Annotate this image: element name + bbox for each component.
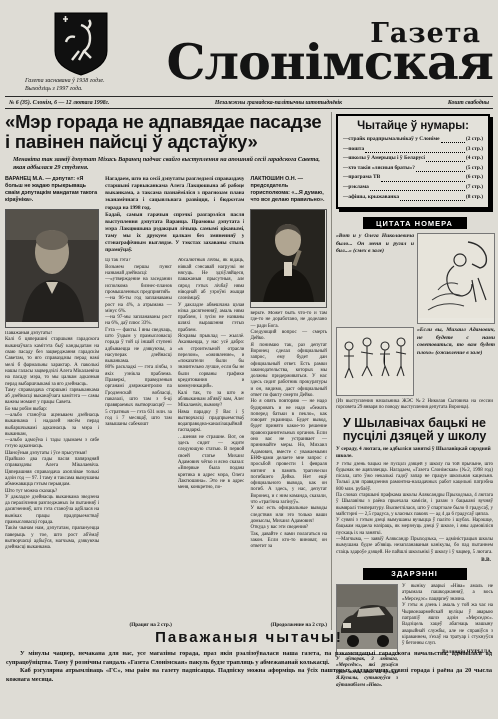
notice-paragraph: Каб рэгулярна атрымліваць «ГС», мы раім … [6,667,492,684]
laktyushin-text: верьте. Может быть что-то и там где-то н… [250,311,327,620]
varanets-intro: ВАРАНЕЦ М.А. — дэпутат: «Я больш не жада… [5,176,99,204]
varanets-column: ВАРАНЕЦ М.А. — дэпутат: «Я больш не жада… [5,176,99,628]
lead-deck: Менавіта так заявіў дэпутат Міхась Варан… [13,156,325,172]
content-area: «Мэр горада не адпавядае пасадзе і павін… [5,109,493,630]
notice-paragraph: У мінулы чацвер, нечакана для нас, усе м… [6,650,492,667]
contents-item-page: (2 стр.) [466,135,483,145]
issue-info: № 6 (35). Слонім, 6 — 12 лютага 1998г. [9,100,109,106]
contents-item-page: (5 стр.) [466,164,483,174]
contents-item: —хто такія «лясныя браты»? (5 стр.) [343,164,483,174]
dotted-leader [441,142,465,143]
dotted-leader [426,161,465,162]
dotted-leader [381,181,465,182]
contents-item-label: —праграма ТВ [343,173,380,183]
quote-section: «Вот и у Олега Николаевича было... Он ме… [336,233,493,396]
school-body: У гэты дзень бацькі не пусцілі дзяцей у … [336,462,493,556]
sidebar: Чытайце ў нумары: —страйк прадпрымальнік… [331,112,493,630]
quote-caption: (Из выступления начальника ЖЭС №2 Никола… [336,399,493,411]
founded-note: Газета заснавана ў 1938 годзе. Выходзіць… [25,78,105,93]
continuation-marker: (Продолжение на 2 стр.) [250,622,327,628]
coat-of-arms-icon [53,11,109,77]
lead-headline: «Мэр горада не адпавядае пасадзе і павін… [5,112,327,152]
contents-item-label: —рэклама [343,183,369,193]
lead-article: «Мэр горада не адпавядае пасадзе і павін… [5,112,331,630]
dotted-leader [416,171,465,172]
price-label: Кошт свабодны [448,100,489,106]
contents-item-label: —афішы, крыжаванка [343,193,399,203]
continuation-marker: (Працяг на 2 стр.) [105,622,172,628]
middle-column-a-text: Ці так гэта? Возьмем першы пункт названа… [105,258,172,620]
dateline: № 6 (35). Слонім, 6 — 12 лютага 1998г. Н… [5,96,493,109]
quote-left: «Вот и у Олега Николаевича было... Он ме… [336,233,414,324]
school-lead: У сераду, 4 лютага, не адбыліся заняткі … [336,446,493,460]
middle-column-pair: Ці так гэта? Возьмем першы пункт названа… [105,258,244,628]
laktyushin-intro: ЛАКТЮШИН О.Н. — председатель горисполком… [250,176,327,204]
readers-notice: Паважаныя чытачы! У мінулы чацвер, нечак… [6,629,492,711]
laktyushin-photo [250,209,327,308]
contents-item-label: —пошта [343,145,364,155]
contents-item-page: (7 стр.) [466,183,483,193]
dotted-leader [365,152,465,153]
incidents-bar: ЗДАРЭННІ [363,568,467,580]
contents-item: —рэклама (7 стр.) [343,183,483,193]
varanets-photo [5,209,99,328]
middle-column-b: Абсалютныя лічбы, як відаць, ніякай сэнс… [178,258,245,628]
quote-section-bar: ЦИТАТА НОМЕРА [363,217,467,229]
middle-column-a: Ці так гэта? Возьмем першы пункт названа… [105,258,172,628]
cartoon-spanking [417,233,495,324]
lead-columns: ВАРАНЕЦ М.А. — дэпутат: «Я больш не жада… [5,176,327,628]
middle-column-b-text: Абсалютныя лічбы, як відаць, ніякай сэнс… [178,258,245,628]
contents-item-page: (6 стр.) [466,173,483,183]
tagline: Незалежны грамадска-палітычны штотыднёві… [215,100,342,106]
school-headline: У Шылавічах бацькі не пусцілі дзяцей у ш… [336,417,493,443]
contents-item: —праграма ТВ (6 стр.) [343,173,483,183]
contents-item: —школы ў Амерыцы і ў Беларусі (4 стр.) [343,154,483,164]
dotted-leader [400,200,465,201]
contents-item-page: (4 стр.) [466,154,483,164]
dotted-leader [370,190,465,191]
contents-box: Чытайце ў нумары: —страйк прадпрымальнік… [336,114,490,209]
contents-title: Чытайце ў нумары: [343,120,483,132]
masthead: Газета заснавана ў 1938 годзе. Выходзіць… [5,2,493,96]
masthead-title: Слонімская [167,38,493,87]
quote-right: «Если вы, Михаил Адамович, не будете с н… [417,327,495,396]
varanets-text: Паважаныя дэпутаты! Калі б цяперашні ста… [5,331,99,628]
contents-item-page: (3 стр.) [466,145,483,155]
contents-item-label: —школы ў Амерыцы і ў Беларусі [343,154,425,164]
newspaper-front-page: Газета заснавана ў 1938 годзе. Выходзіць… [0,0,498,719]
notice-headline: Паважаныя чытачы! [6,629,492,646]
cartoon-crowd [336,327,414,396]
contents-item-label: —хто такія «лясныя браты»? [343,164,415,174]
contents-item-label: —страйк прадпрымальнікаў у Слоніме [343,135,440,145]
contents-item-page: (8 стр.) [466,193,483,203]
contents-item: —афішы, крыжаванка (8 стр.) [343,193,483,203]
laktyushin-column: ЛАКТЮШИН О.Н. — председатель горисполком… [250,176,327,628]
middle-columns: Нагадаем, што на сесіі дэпутаты разгледз… [105,176,244,628]
session-intro: Нагадаем, што на сесіі дэпутаты разгледз… [105,176,244,254]
contents-item: —страйк прадпрымальнікаў у Слоніме (2 ст… [343,135,483,145]
school-byline: В.В. [336,557,491,563]
contents-item: —пошта (3 стр.) [343,145,483,155]
